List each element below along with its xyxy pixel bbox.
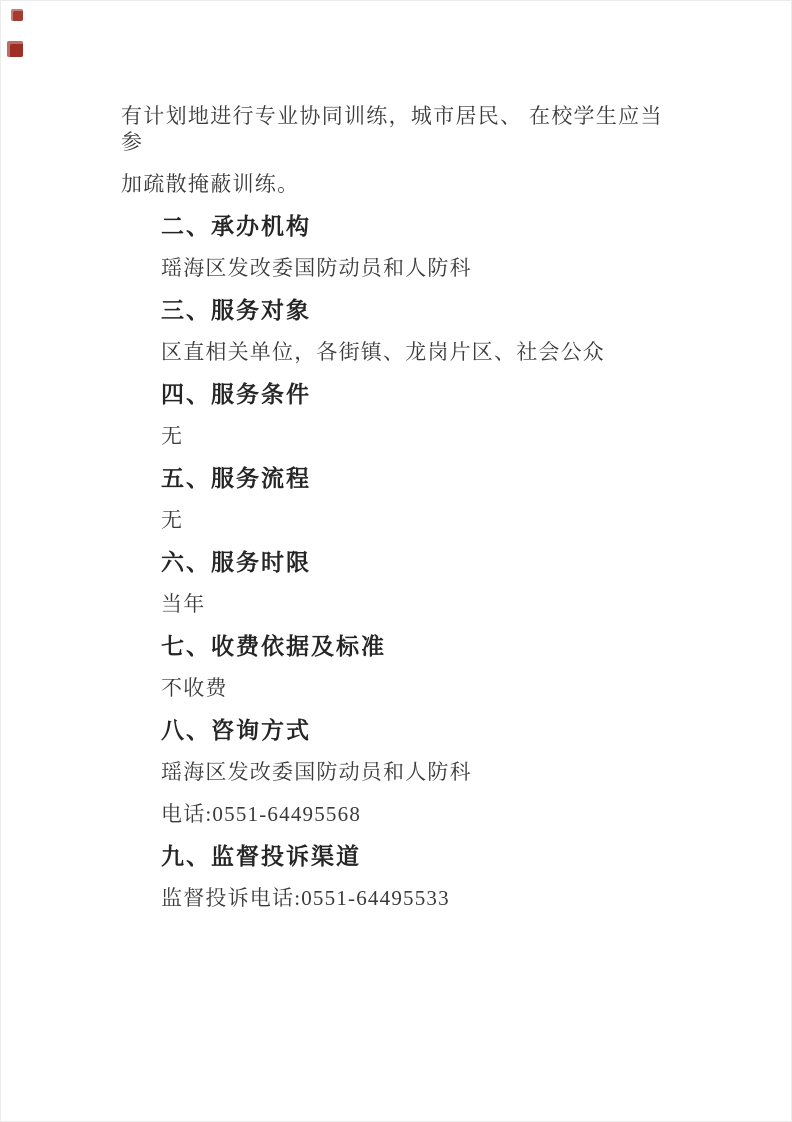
red-artifact-mark-bottom xyxy=(7,41,23,57)
section-heading: 二、承办机构 xyxy=(161,213,679,239)
section-undertaking-agency: 二、承办机构 瑶海区发改委国防动员和人防科 xyxy=(121,213,679,281)
section-heading: 九、监督投诉渠道 xyxy=(161,843,679,869)
section-body-line: 瑶海区发改委国防动员和人防科 xyxy=(161,759,679,785)
section-consultation: 八、咨询方式 瑶海区发改委国防动员和人防科 电话:0551-64495568 xyxy=(121,717,679,827)
section-body-line: 无 xyxy=(161,423,679,449)
section-heading: 四、服务条件 xyxy=(161,381,679,407)
section-body-line: 不收费 xyxy=(161,675,679,701)
intro-line: 有计划地进行专业协同训练，城市居民、 在校学生应当参 xyxy=(121,103,679,155)
section-fee-basis: 七、收费依据及标准 不收费 xyxy=(121,633,679,701)
section-service-target: 三、服务对象 区直相关单位，各街镇、龙岗片区、社会公众 xyxy=(121,297,679,365)
section-body-line: 无 xyxy=(161,507,679,533)
document-content: 有计划地进行专业协同训练，城市居民、 在校学生应当参 加疏散掩蔽训练。 二、承办… xyxy=(1,1,791,911)
intro-line: 加疏散掩蔽训练。 xyxy=(121,171,679,197)
section-heading: 七、收费依据及标准 xyxy=(161,633,679,659)
section-supervision-complaints: 九、监督投诉渠道 监督投诉电话:0551-64495533 xyxy=(121,843,679,911)
document-page: 有计划地进行专业协同训练，城市居民、 在校学生应当参 加疏散掩蔽训练。 二、承办… xyxy=(0,0,792,1122)
section-heading: 六、服务时限 xyxy=(161,549,679,575)
section-heading: 五、服务流程 xyxy=(161,465,679,491)
section-heading: 八、咨询方式 xyxy=(161,717,679,743)
intro-paragraph: 有计划地进行专业协同训练，城市居民、 在校学生应当参 加疏散掩蔽训练。 xyxy=(121,103,679,197)
section-body-line-phone: 电话:0551-64495568 xyxy=(161,801,679,827)
section-body-line: 瑶海区发改委国防动员和人防科 xyxy=(161,255,679,281)
section-heading: 三、服务对象 xyxy=(161,297,679,323)
section-body-line-phone: 监督投诉电话:0551-64495533 xyxy=(161,885,679,911)
section-body-line: 当年 xyxy=(161,591,679,617)
section-service-conditions: 四、服务条件 无 xyxy=(121,381,679,449)
section-service-process: 五、服务流程 无 xyxy=(121,465,679,533)
section-service-time-limit: 六、服务时限 当年 xyxy=(121,549,679,617)
section-body-line: 区直相关单位，各街镇、龙岗片区、社会公众 xyxy=(161,339,679,365)
red-artifact-mark-top xyxy=(11,9,23,21)
